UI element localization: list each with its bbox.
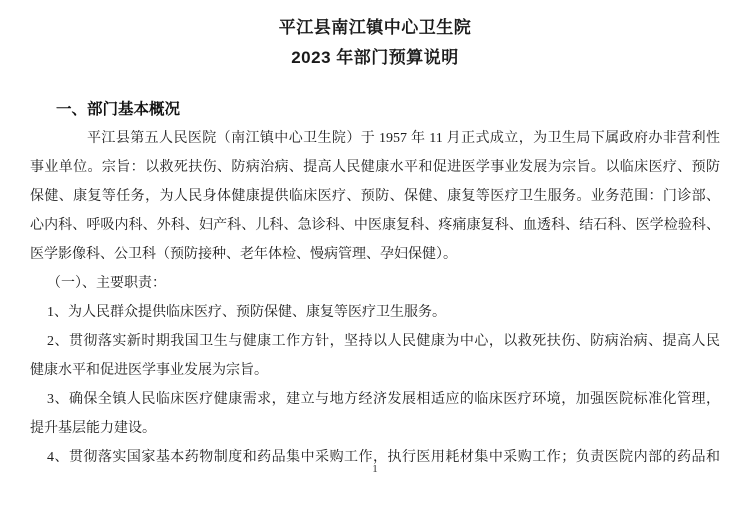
- document-page: 平江县南江镇中心卫生院 2023 年部门预算说明 一、部门基本概况 平江县第五人…: [0, 0, 750, 530]
- body-line: 医学影像科、公卫科（预防接种、老年体检、慢病管理、孕妇保健）。: [30, 240, 720, 269]
- document-title-line-1: 平江县南江镇中心卫生院: [0, 13, 750, 43]
- body-line: 健康水平和促进医学事业发展为宗旨。: [30, 356, 720, 385]
- body-line: 2、贯彻落实新时期我国卫生与健康工作方针，坚持以人民健康为中心，以救死扶伤、防病…: [30, 327, 720, 356]
- body-line: 提升基层能力建设。: [30, 414, 720, 443]
- body-line: （一）、主要职责：: [30, 269, 720, 298]
- body-line: 平江县第五人民医院（南江镇中心卫生院）于 1957 年 11 月正式成立，为卫生…: [30, 124, 720, 153]
- title-block: 平江县南江镇中心卫生院 2023 年部门预算说明: [0, 0, 750, 73]
- document-title-line-2: 2023 年部门预算说明: [0, 43, 750, 73]
- body-line: 保健、康复等任务，为人民身体健康提供临床医疗、预防、保健、康复等医疗卫生服务。业…: [30, 182, 720, 211]
- section-heading: 一、部门基本概况: [30, 95, 720, 124]
- page-number: 1: [0, 463, 750, 475]
- body-line: 事业单位。宗旨：以救死扶伤、防病治病、提高人民健康水平和促进医学事业发展为宗旨。…: [30, 153, 720, 182]
- body-line: 心内科、呼吸内科、外科、妇产科、儿科、急诊科、中医康复科、疼痛康复科、血透科、结…: [30, 211, 720, 240]
- body-line: 3、确保全镇人民临床医疗健康需求，建立与地方经济发展相适应的临床医疗环境，加强医…: [30, 385, 720, 414]
- body-line: 1、为人民群众提供临床医疗、预防保健、康复等医疗卫生服务。: [30, 298, 720, 327]
- document-body: 一、部门基本概况 平江县第五人民医院（南江镇中心卫生院）于 1957 年 11 …: [30, 95, 720, 472]
